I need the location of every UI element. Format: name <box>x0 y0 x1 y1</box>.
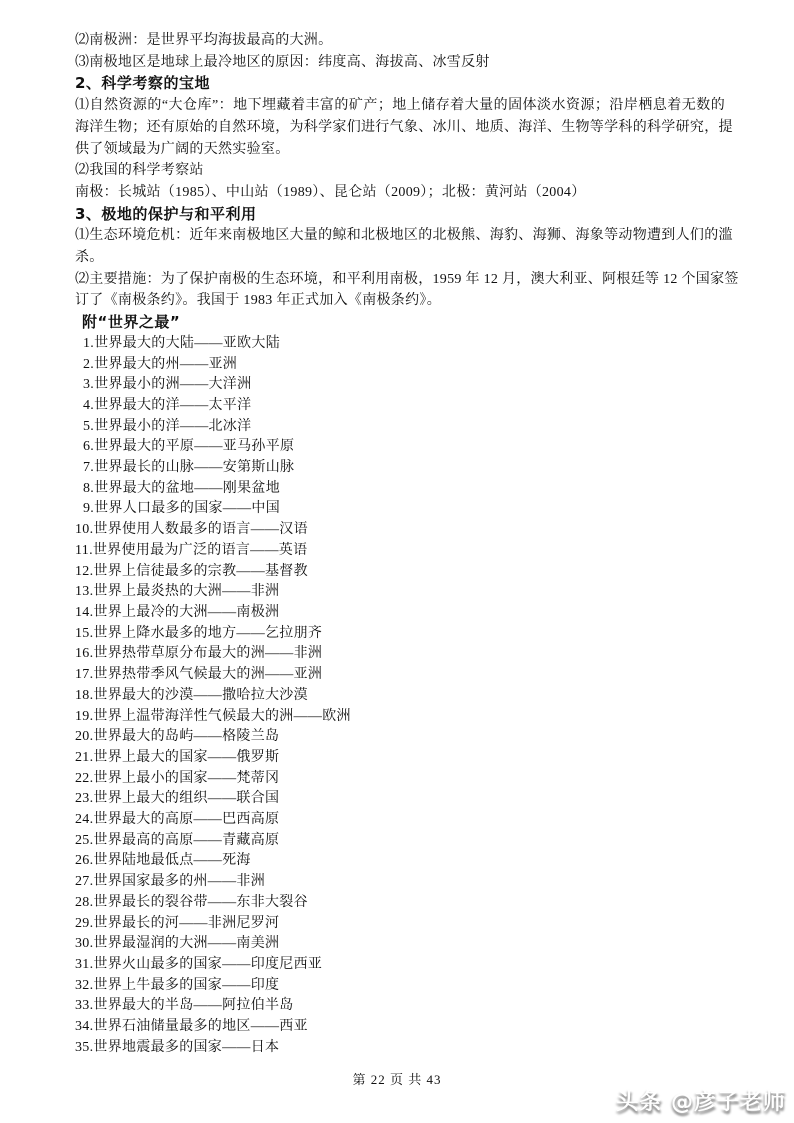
world-record-item: 25.世界最高的高原——青藏高原 <box>75 831 725 852</box>
world-record-item: 24.世界最大的高原——巴西高原 <box>75 810 725 831</box>
paragraph-stations-label: ⑵我国的科学考察站 <box>75 160 725 182</box>
world-record-item: 4.世界最大的洋——太平洋 <box>75 396 725 417</box>
world-record-item: 18.世界最大的沙漠——撒哈拉大沙漠 <box>75 686 725 707</box>
watermark: 头条 @彦子老师 <box>616 1085 786 1116</box>
world-record-item: 22.世界上最小的国家——梵蒂冈 <box>75 769 725 790</box>
paragraph-stations: 南极：长城站（1985）、中山站（1989）、昆仑站（2009）；北极：黄河站（… <box>75 182 725 204</box>
world-record-item: 35.世界地震最多的国家——日本 <box>75 1038 725 1059</box>
world-record-item: 32.世界上牛最多的国家——印度 <box>75 976 725 997</box>
world-record-item: 17.世界热带季风气候最大的洲——亚洲 <box>75 665 725 686</box>
world-record-item: 28.世界最长的裂谷带——东非大裂谷 <box>75 893 725 914</box>
world-record-item: 13.世界上最炎热的大洲——非洲 <box>75 582 725 603</box>
section-heading-polar-protection: 3、极地的保护与和平利用 <box>75 204 725 226</box>
world-records-list: 1.世界最大的大陆——亚欧大陆2.世界最大的州——亚洲3.世界最小的洲——大洋洲… <box>75 334 725 1059</box>
world-record-item: 9.世界人口最多的国家——中国 <box>75 499 725 520</box>
paragraph-natural-resources-line2: 海洋生物；还有原始的自然环境，为科学家们进行气象、冰川、地质、海洋、生物等学科的… <box>75 117 725 139</box>
world-record-item: 31.世界火山最多的国家——印度尼西亚 <box>75 955 725 976</box>
world-record-item: 14.世界上最冷的大洲——南极洲 <box>75 603 725 624</box>
paragraph-antarctica-height: ⑵南极洲：是世界平均海拔最高的大洲。 <box>75 30 725 52</box>
world-record-item: 2.世界最大的州——亚洲 <box>75 355 725 376</box>
world-record-item: 29.世界最长的河——非洲尼罗河 <box>75 914 725 935</box>
world-record-item: 34.世界石油储量最多的地区——西亚 <box>75 1017 725 1038</box>
world-record-item: 16.世界热带草原分布最大的洲——非洲 <box>75 644 725 665</box>
paragraph-natural-resources-line3: 供了领域最为广阔的天然实验室。 <box>75 139 725 161</box>
paragraph-measures-line1: ⑵主要措施：为了保护南极的生态环境，和平利用南极，1959 年 12 月，澳大利… <box>75 269 725 291</box>
document-page: ⑵南极洲：是世界平均海拔最高的大洲。 ⑶南极地区是地球上最冷地区的原因：纬度高、… <box>0 0 794 1123</box>
world-record-item: 1.世界最大的大陆——亚欧大陆 <box>75 334 725 355</box>
paragraph-antarctica-cold: ⑶南极地区是地球上最冷地区的原因：纬度高、海拔高、冰雪反射 <box>75 52 725 74</box>
world-record-item: 23.世界上最大的组织——联合国 <box>75 789 725 810</box>
document-content: ⑵南极洲：是世界平均海拔最高的大洲。 ⑶南极地区是地球上最冷地区的原因：纬度高、… <box>75 30 725 1058</box>
paragraph-natural-resources-line1: ⑴自然资源的“大仓库”：地下埋藏着丰富的矿产；地上储存着大量的固体淡水资源；沿岸… <box>75 95 725 117</box>
world-record-item: 7.世界最长的山脉——安第斯山脉 <box>75 458 725 479</box>
world-record-item: 5.世界最小的洋——北冰洋 <box>75 417 725 438</box>
world-record-item: 30.世界最湿润的大洲——南美洲 <box>75 934 725 955</box>
world-record-item: 12.世界上信徒最多的宗教——基督教 <box>75 562 725 583</box>
world-record-item: 15.世界上降水最多的地方——乞拉朋齐 <box>75 624 725 645</box>
world-record-item: 26.世界陆地最低点——死海 <box>75 851 725 872</box>
world-record-item: 11.世界使用最为广泛的语言——英语 <box>75 541 725 562</box>
paragraph-eco-crisis-line1: ⑴生态环境危机：近年来南极地区大量的鲸和北极地区的北极熊、海豹、海狮、海象等动物… <box>75 225 725 247</box>
world-record-item: 19.世界上温带海洋性气候最大的洲——欧洲 <box>75 707 725 728</box>
world-record-item: 27.世界国家最多的州——非洲 <box>75 872 725 893</box>
paragraph-measures-line2: 订了《南极条约》。我国于 1983 年正式加入《南极条约》。 <box>75 290 725 312</box>
world-record-item: 21.世界上最大的国家——俄罗斯 <box>75 748 725 769</box>
world-record-item: 6.世界最大的平原——亚马孙平原 <box>75 437 725 458</box>
section-heading-world-records: 附“世界之最” <box>75 312 725 334</box>
world-record-item: 8.世界最大的盆地——刚果盆地 <box>75 479 725 500</box>
section-heading-science-base: 2、科学考察的宝地 <box>75 73 725 95</box>
paragraph-eco-crisis-line2: 杀。 <box>75 247 725 269</box>
world-record-item: 10.世界使用人数最多的语言——汉语 <box>75 520 725 541</box>
world-record-item: 3.世界最小的洲——大洋洲 <box>75 375 725 396</box>
world-record-item: 33.世界最大的半岛——阿拉伯半岛 <box>75 996 725 1017</box>
world-record-item: 20.世界最大的岛屿——格陵兰岛 <box>75 727 725 748</box>
